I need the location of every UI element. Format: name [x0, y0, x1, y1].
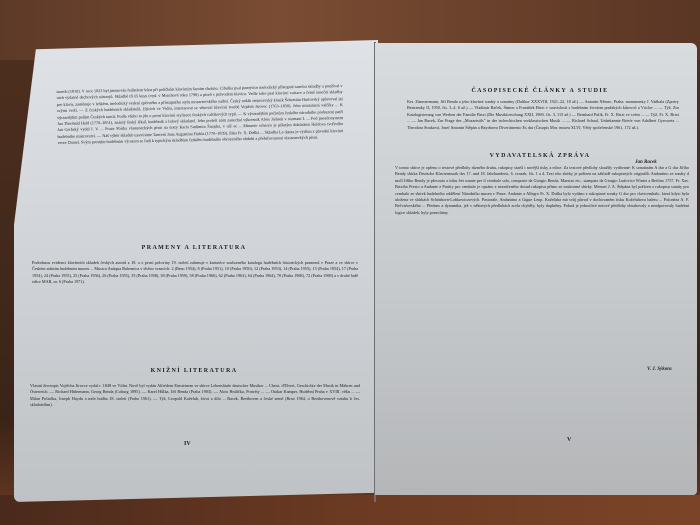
- section-text-knizni: Vlastní životopis Vojtěcha Jírovce vydal…: [30, 383, 360, 473]
- section-text-casopisecke: Ker. Zimmermann, Jiří Benda a jeho klaví…: [407, 99, 679, 157]
- section-heading-vydavatelska: VYDAVATELSKÁ ZPRÁVA: [445, 153, 635, 159]
- section-heading-knizni: KNIŽNÍ LITERATURA: [94, 368, 294, 374]
- section-text-vydavatelska: V tomto sbírce je opřeno o textové předl…: [395, 165, 689, 365]
- right-page: ČASOPISECKÉ ČLÁNKY A STUDIE Ker. Zimmerm…: [375, 43, 697, 495]
- section-heading-casopisecke: ČASOPISECKÉ ČLÁNKY A STUDIE: [445, 88, 635, 94]
- left-intro-text: tanech (1810). V roce 1823 byl jmenován …: [56, 83, 345, 241]
- signature-sykora: V. J. Sýkora: [647, 367, 672, 372]
- page-number-left: IV: [184, 441, 191, 447]
- section-heading-prameny: PRAMENY A LITERATURA: [94, 245, 294, 251]
- left-page: tanech (1810). V roce 1823 byl jmenován …: [14, 40, 378, 502]
- page-number-right: V: [567, 437, 571, 443]
- section-text-prameny: Podrobnou evidenci klavírních skladeb če…: [32, 260, 358, 356]
